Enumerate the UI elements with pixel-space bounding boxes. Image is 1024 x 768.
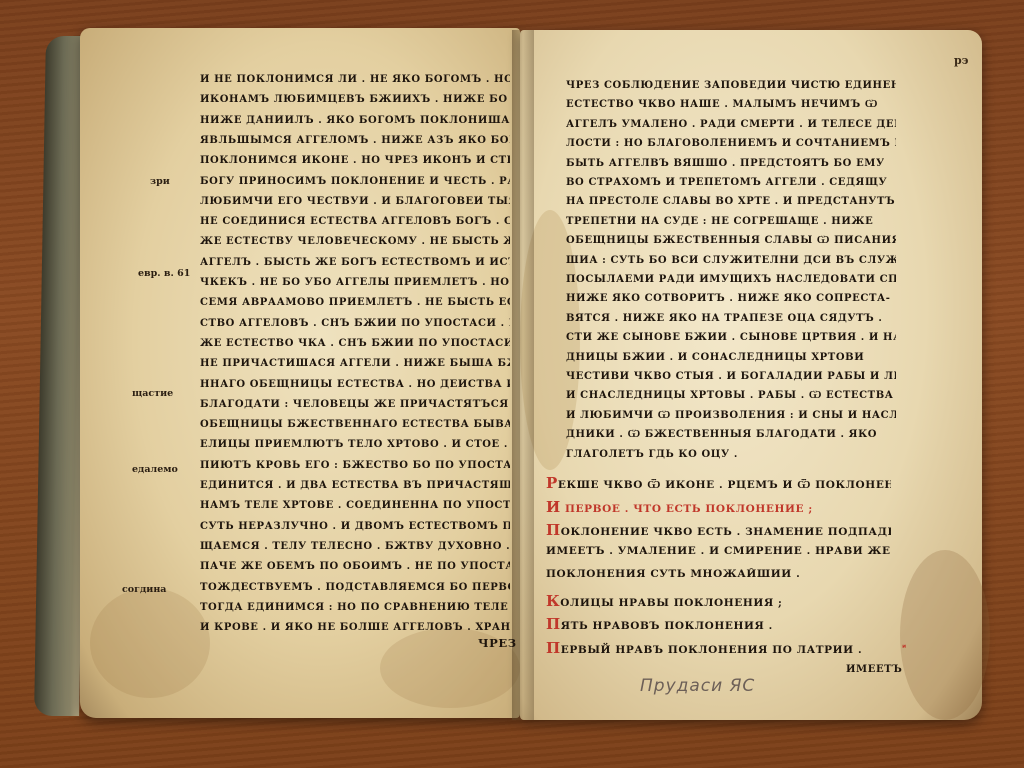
text-line: ниже даниилъ . яко богомъ поклонишася <box>200 115 510 126</box>
text-line: посылаеми ради имущихъ наследовати спасе… <box>566 274 896 285</box>
text-line: обещницы бжественныя славы ѿ писания рек… <box>566 235 896 246</box>
text-line: аггелъ . бысть же богъ естествомъ и исти… <box>200 257 510 268</box>
text-line: и любимчи ѿ произволения : и сны и насле… <box>566 410 896 421</box>
red-initial: П <box>546 615 561 633</box>
rubric-line: поклонения суть множайшии . <box>546 568 891 580</box>
rubric-text: имеетъ . умаление . и смирение . нрави ж… <box>546 545 891 557</box>
rubric-text: екше чкво ѿ иконе . рцемъ и ѿ поклонении… <box>558 479 891 491</box>
red-heading: первое . что есть поклонение ; <box>561 503 813 515</box>
text-line: трепетни на суде : не согрешаще . ниже <box>566 216 896 227</box>
text-line: естество чкво наше . малымъ нечимъ ѿ <box>566 99 896 110</box>
red-initial: Р <box>546 474 558 492</box>
rubric-text: оклонение чкво есть . знамение подпадени… <box>561 526 891 538</box>
text-line: быть аггелвъ вяшшо . предстоятъ бо ему <box>566 158 896 169</box>
rubric-line: Рекше чкво ѿ иконе . рцемъ и ѿ поклонени… <box>546 474 891 492</box>
rubric-line: Колицы нравы поклонения ; <box>546 592 891 610</box>
text-line: единится . и два естества въ причастящих… <box>200 480 510 491</box>
rubric-line: Первый нравъ поклонения по латрии . <box>546 639 891 657</box>
left-page <box>80 28 520 718</box>
red-initial: И <box>546 498 561 516</box>
text-line: тогда единимся : но по сравнению теле <box>200 602 510 613</box>
margin-note: евр. в. 61 <box>138 268 190 279</box>
text-line: во страхомъ и трепетомъ аггели . седящу <box>566 177 896 188</box>
text-line: чкекъ . не бо убо аггелы приемлетъ . но <box>200 277 510 288</box>
text-line: глаголетъ гдь ко оцу . <box>566 449 896 460</box>
margin-note: едалемо <box>132 464 178 475</box>
pencil-inscription: Прудаси ЯС <box>640 676 755 696</box>
right-catchword: имеетъ <box>846 664 902 675</box>
text-line: намъ теле хртове . соединенна по упостас… <box>200 500 510 511</box>
text-line: суть неразлучно . и двомъ естествомъ при… <box>200 521 510 532</box>
text-line: дницы бжии . и сонаследницы хртови <box>566 352 896 363</box>
text-line: явльшымся аггеломъ . ниже азъ яко богу <box>200 135 510 146</box>
water-stain <box>900 550 990 720</box>
rubric-text: ять нравовъ поклонения . <box>561 620 773 632</box>
red-initial: П <box>546 639 561 657</box>
text-line: и крове . и яко не болше аггеловъ . хран… <box>200 622 510 633</box>
text-line: лости : но благоволениемъ и сочтаниемъ б… <box>566 138 896 149</box>
margin-note: согдина <box>122 584 166 595</box>
text-line: тождествуемъ . подставляемся бо первое .… <box>200 582 510 593</box>
text-line: любимчи его чествуи . и благоговеи тыя . <box>200 196 510 207</box>
rubric-text: поклонения суть множайшии . <box>546 568 800 580</box>
text-line: ннаго обещницы естества . но действа и <box>200 379 510 390</box>
text-line: елицы приемлютъ тело хртово . и стое . и <box>200 439 510 450</box>
text-line: не причастишася аггели . ниже быша бжест… <box>200 358 510 369</box>
text-line: не соединися естества аггеловъ богъ . со… <box>200 216 510 227</box>
text-line: ниже яко сотворитъ . ниже яко сопреста- <box>566 293 896 304</box>
text-line: ство аггеловъ . снъ бжии по упостаси . б… <box>200 318 510 329</box>
margin-note: щастие <box>132 388 173 399</box>
text-line: аггелъ умалено . ради смерти . и телесе … <box>566 119 896 130</box>
text-line: сти же сынове бжии . сынове цртвия . и н… <box>566 332 896 343</box>
text-line: паче же обемъ по обоимъ . не по упостаси <box>200 561 510 572</box>
rubric-text: олицы нравы поклонения ; <box>560 597 782 609</box>
text-line: же естество чка . снъ бжии по упостаси . <box>200 338 510 349</box>
text-line: семя авраамово приемлетъ . не бысть есте… <box>200 297 510 308</box>
rubric-text: ервый нравъ поклонения по латрии . <box>561 644 862 656</box>
text-line: пиютъ кровь его : бжество бо по упостаси <box>200 460 510 471</box>
text-line: благодати : человецы же причастятъся . и <box>200 399 510 410</box>
water-stain <box>90 588 210 698</box>
left-catchword: чрез <box>478 636 517 650</box>
text-line: на престоле славы во хрте . и предстанут… <box>566 196 896 207</box>
text-line: чрез соблюдение заповедий чистю единение <box>566 80 896 91</box>
margin-note: зри <box>150 176 170 187</box>
text-line: богу приносимъ поклонение и честь . ради… <box>200 176 510 187</box>
text-line: щаемся . телу телесно . бжтву духовно . <box>200 541 510 552</box>
book-gutter <box>512 30 534 720</box>
rubric-line: Пять нравовъ поклонения . <box>546 615 891 633</box>
rubric-line: Поклонение чкво есть . знамение подпаден… <box>546 521 891 539</box>
text-line: иконамъ любимцевъ бжиихъ . ниже бо инде … <box>200 94 510 105</box>
red-initial: К <box>546 592 560 610</box>
text-line: шиа : суть бо вси служителни дси въ служ… <box>566 255 896 266</box>
text-line: поклонимся иконе . но чрез иконъ и стыя … <box>200 155 510 166</box>
text-line: обещницы бжественнаго естества бываютъ . <box>200 419 510 430</box>
red-initial: П <box>546 521 561 539</box>
text-line: дники . ѿ бжественныя благодати . яко <box>566 429 896 440</box>
folio-number: рэ <box>954 54 968 67</box>
text-line: вятся . ниже яко на трапезе оца сядутъ . <box>566 313 896 324</box>
text-line: и снаследницы хртовы . рабы . ѿ естества… <box>566 390 896 401</box>
rubric-line: имеетъ . умаление . и смирение . нрави ж… <box>546 545 891 557</box>
text-line: и не поклонимся ли . не яко богомъ . но … <box>200 74 510 85</box>
rubric-line: И первое . что есть поклонение ; <box>546 498 891 516</box>
text-line: же естеству человеческому . не бысть же … <box>200 236 510 247</box>
text-line: честиви чкво стыя . и богаладии рабы и л… <box>566 371 896 382</box>
